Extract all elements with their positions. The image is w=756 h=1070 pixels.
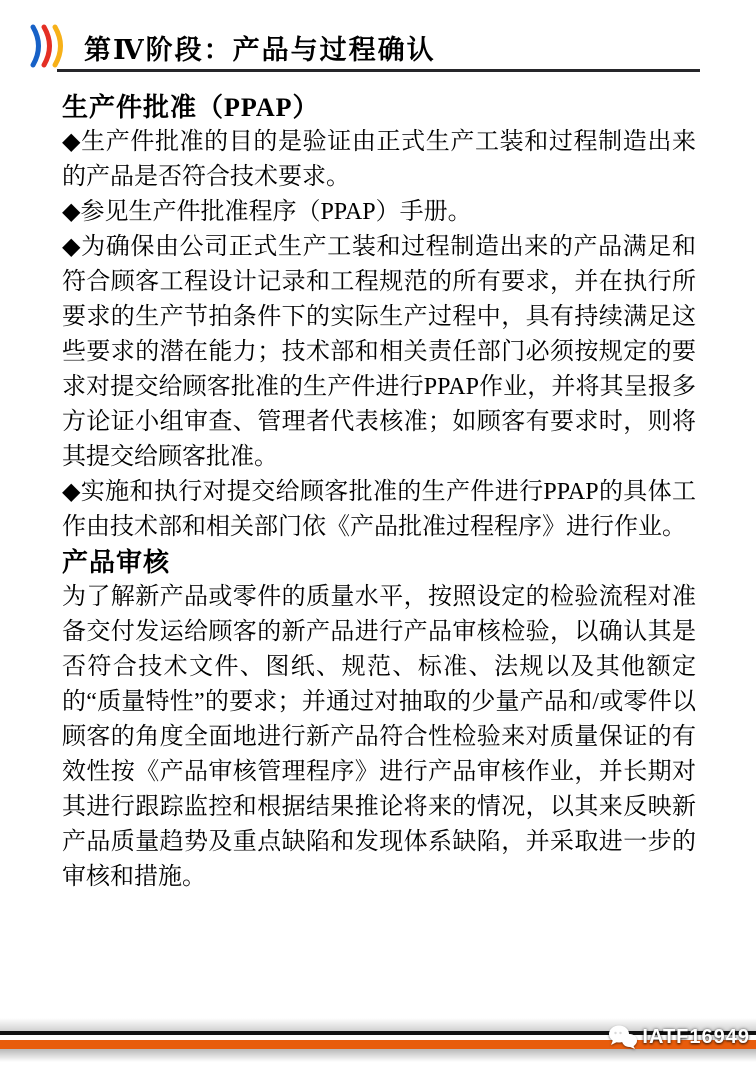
content-area: 生产件批准（PPAP） ◆生产件批准的目的是验证由正式生产工装和过程制造出来的产… bbox=[62, 90, 696, 895]
presentation-slide: 第Ⅳ阶段：产品与过程确认 生产件批准（PPAP） ◆生产件批准的目的是验证由正式… bbox=[0, 0, 756, 1070]
paragraph: 为了解新产品或零件的质量水平，按照设定的检验流程对准备交付发运给顾客的新产品进行… bbox=[62, 580, 696, 895]
watermark-text: IATF16949 bbox=[642, 1026, 750, 1049]
paragraph: ◆实施和执行对提交给顾客批准的生产件进行PPAP的具体工作由技术部和相关部门依《… bbox=[62, 475, 696, 545]
chat-bubbles-icon bbox=[608, 1024, 638, 1050]
watermark: IATF16949 bbox=[608, 1020, 750, 1054]
paragraph: ◆参见生产件批准程序（PPAP）手册。 bbox=[62, 195, 696, 230]
page-title: 第Ⅳ阶段：产品与过程确认 bbox=[84, 28, 436, 67]
section-heading-product-audit: 产品审核 bbox=[62, 545, 696, 580]
logo-stroke-red bbox=[44, 27, 50, 65]
triple-chevron-logo-icon bbox=[30, 24, 66, 68]
title-underline bbox=[57, 69, 700, 72]
section-heading-ppap: 生产件批准（PPAP） bbox=[62, 90, 696, 125]
paragraph: ◆为确保由公司正式生产工装和过程制造出来的产品满足和符合顾客工程设计记录和工程规… bbox=[62, 230, 696, 475]
logo-stroke-blue bbox=[33, 27, 39, 65]
paragraph: ◆生产件批准的目的是验证由正式生产工装和过程制造出来的产品是否符合技术要求。 bbox=[62, 125, 696, 195]
logo-stroke-yellow bbox=[55, 27, 61, 65]
